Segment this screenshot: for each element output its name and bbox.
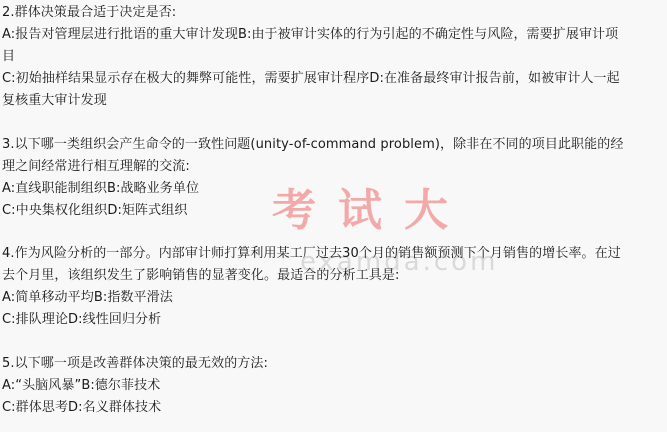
question-4-options-cd: C:排队理论D:线性回归分析: [2, 309, 161, 331]
question-4-stem: 4.作为风险分析的一部分。内部审计师打算利用某工厂过去30个月的销售额预测下个月…: [2, 243, 621, 265]
question-2-options-cd: C:初始抽样结果显示存在极大的舞弊可能性，需要扩展审计程序D:在准备最终审计报告…: [2, 68, 620, 90]
question-5-options-cd: C:群体思考D:名义群体技术: [2, 397, 161, 419]
question-4-options-ab: A:简单移动平均B:指数平滑法: [2, 287, 173, 309]
question-3-stem-cont: 理之间经常进行相互理解的交流:: [2, 156, 190, 178]
question-5-stem: 5.以下哪一项是改善群体决策的最无效的方法:: [2, 353, 268, 375]
question-2-options-ab: A:报告对管理层进行批语的重大审计发现B:由于被审计实体的行为引起的不确定性与风…: [2, 24, 618, 46]
question-3-stem: 3.以下哪一类组织会产生命令的一致性问题(unity-of-command pr…: [2, 134, 623, 156]
question-3-options-cd: C:中央集权化组织D:矩阵式组织: [2, 200, 187, 222]
question-2-options-cd-cont: 复核重大审计发现: [2, 90, 107, 112]
question-5-options-ab: A:“头脑风暴”B:德尔菲技术: [2, 375, 160, 397]
watermark-logo-cn: 考试大: [272, 186, 470, 236]
question-2-options-ab-cont: 目: [2, 46, 15, 68]
question-4-stem-cont: 去个月里，该组织发生了影响销售的显著变化。最适合的分析工具是:: [2, 265, 399, 287]
question-2-stem: 2.群体决策最合适于决定是否:: [2, 2, 176, 24]
question-3-options-ab: A:直线职能制组织B:战略业务单位: [2, 178, 199, 200]
